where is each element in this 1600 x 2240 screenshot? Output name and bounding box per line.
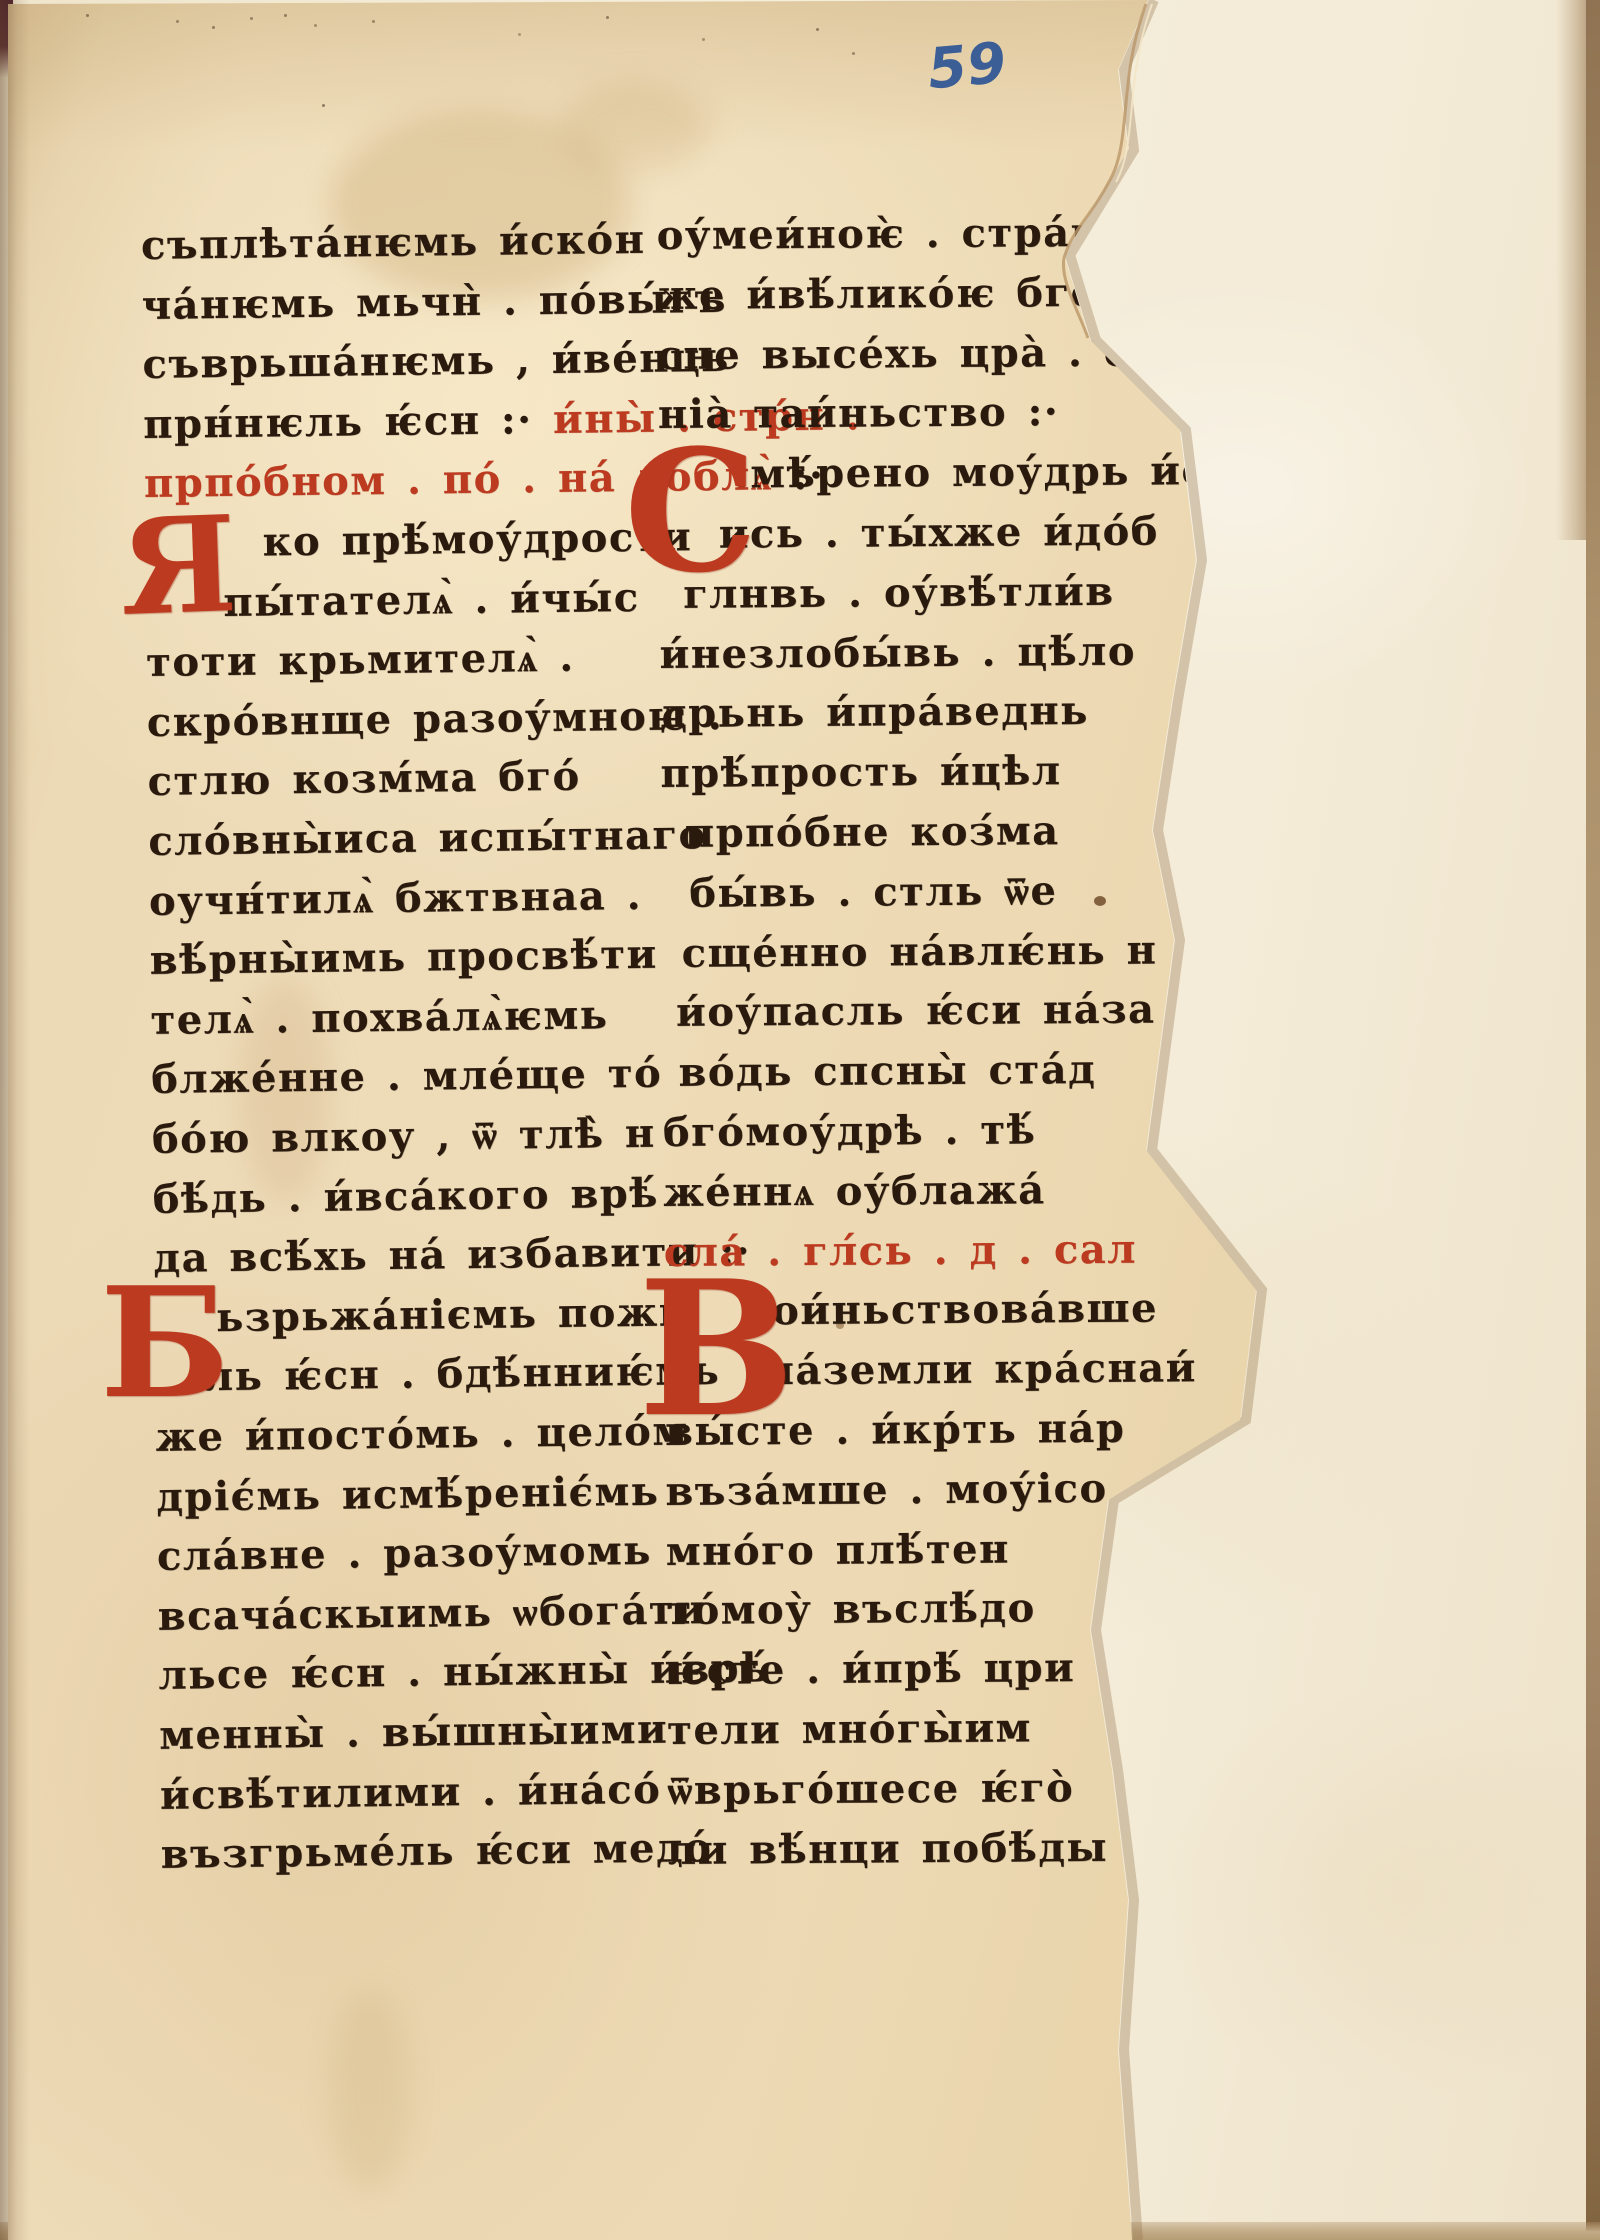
manuscript-text-line: дрьнь и́пра́веднь xyxy=(660,687,1089,737)
manuscript-text-line: сще́нно на́влѥ́нь н xyxy=(681,926,1157,976)
body-text: ои́ньствова́вше xyxy=(772,1285,1158,1335)
body-text: съврьша́нѥмь , и́ве́нць xyxy=(142,334,730,388)
manuscript-text-line: скро́внще разоу́мноѥ . xyxy=(147,692,724,746)
manuscript-text-line: сло́вны̀иса испы́тнаго xyxy=(148,811,707,865)
manuscript-text-line: оучн́тилѧ̀ бжтвнаа . xyxy=(149,872,643,925)
manuscript-text-line: во́дь спсны̀ ста́д xyxy=(678,1046,1096,1096)
manuscript-text-line: пы́тателѧ̀ . и́чы́с xyxy=(223,574,640,626)
manuscript-text-line: прѣ́прость и́цѣл xyxy=(660,747,1061,797)
body-text: же и́посто́мь . цело́м xyxy=(155,1407,689,1461)
body-text: же́ннѧ оу́блажа́ xyxy=(663,1166,1046,1216)
manuscript-text-line: стлю козм́ма бго́ xyxy=(147,753,581,805)
body-text: бго́моу́дрѣ . тѣ́ xyxy=(663,1106,1037,1156)
body-text: ьзрьжа́ніємь пожн́ xyxy=(216,1288,690,1341)
parchment-stain xyxy=(330,1990,410,2190)
body-text: вѣ́рны̀имь просвѣ́ти xyxy=(149,931,657,984)
parchment-stain xyxy=(560,80,710,170)
body-text: ли вѣ́нци побѣ́ды xyxy=(668,1823,1108,1873)
body-text: прѣ́прость и́цѣл xyxy=(660,747,1061,797)
body-text: блже́нне . мле́ще то́ xyxy=(151,1050,663,1103)
body-text: прн́нѥль ѥ́сн :· xyxy=(143,396,553,448)
body-text: сще́нно на́влѥ́нь н xyxy=(681,926,1157,976)
manuscript-text-line: ѿврьго́шесе ѥ́го̀ xyxy=(667,1764,1074,1814)
body-text: и́свѣ́тилими . и́на́со́ xyxy=(160,1765,662,1818)
red-initial-letter: С xyxy=(624,446,758,577)
body-text: менны̀ . вы́шны̀ими xyxy=(159,1706,669,1759)
body-text: мѣ́рено моу́дрь и́ср xyxy=(750,447,1237,497)
body-text: всача́скыимь ѡбога́ти xyxy=(157,1586,706,1640)
manuscript-text-line: и́оу́пасль ѥ́си на́за xyxy=(676,986,1156,1036)
manuscript-text-line: въза́мше . моу́ісо xyxy=(665,1465,1107,1515)
red-initial-letter: В xyxy=(638,1276,795,1421)
manuscript-text-line: бго́моу́дрѣ . тѣ́ xyxy=(663,1106,1037,1156)
manuscript-text-line: съврьша́нѥмь , и́ве́нць xyxy=(142,334,730,388)
body-text: ѥ́сте . и́прѣ́ цри xyxy=(666,1644,1075,1694)
manuscript-text-line: и́свѣ́тилими . и́на́со́ xyxy=(160,1765,662,1818)
manuscript-text-line: ѥ́сте . и́прѣ́ цри xyxy=(666,1644,1075,1694)
body-text: дрьнь и́пра́веднь xyxy=(660,687,1089,737)
body-text: сла́вне . разоу́момь xyxy=(157,1527,652,1580)
body-text: же и́вѣ́лико́ѥ бго́ xyxy=(657,269,1099,319)
manuscript-text-line: възгрьме́ль ѥ́си медо́ xyxy=(160,1824,712,1878)
manuscript-text-line: бо́ю влкоу , ѿ тлѣ̀ н xyxy=(152,1110,656,1163)
body-text: пы́тателѧ̀ . и́чы́с xyxy=(223,574,640,626)
ink-fleck xyxy=(1094,896,1106,906)
manuscript-text-line: мѣ́рено моу́дрь и́ср xyxy=(750,447,1237,497)
body-text: мно́го плѣ́тен xyxy=(666,1525,1010,1574)
manuscript-text-line: вѣ́рны̀имь просвѣ́ти xyxy=(149,931,657,984)
manuscript-text-line: мно́го плѣ́тен xyxy=(666,1525,1010,1574)
body-text: на́земли кра́снаи́ xyxy=(764,1344,1197,1394)
body-text: съплѣта́нѥмь и́ско́н xyxy=(141,216,646,269)
body-text: оучн́тилѧ̀ бжтвнаа . xyxy=(149,872,643,925)
body-text: ѿврьго́шесе ѥ́го̀ xyxy=(667,1764,1074,1814)
manuscript-text-line: бѣ́дь . и́вса́кого врѣ́ xyxy=(152,1169,659,1222)
body-text: скро́внще разоу́мноѥ . xyxy=(147,692,724,746)
gutter-shadow xyxy=(0,0,30,2240)
manuscript-text-line: менны̀ . вы́шны̀ими xyxy=(159,1706,669,1759)
body-text: възгрьме́ль ѥ́си медо́ xyxy=(160,1824,712,1878)
body-text: во́дь спсны̀ ста́д xyxy=(678,1046,1096,1096)
body-text: бы́вь . стль ѿе xyxy=(689,867,1057,917)
manuscript-text-line: ча́нѥмь мьчн̀ . по́вы́гъ xyxy=(141,274,727,328)
manuscript-text-line: блже́нне . мле́ще то́ xyxy=(151,1050,663,1103)
red-initial-letter: Я xyxy=(118,514,238,621)
body-text: ча́нѥмь мьчн̀ . по́вы́гъ xyxy=(141,274,727,328)
body-text: дріє́мь исмѣ́реніє́мь xyxy=(156,1467,660,1520)
body-text: прпо́бне коз́ма xyxy=(685,807,1060,857)
manuscript-text-line: же и́посто́мь . цело́м xyxy=(155,1407,689,1461)
manuscript-text-line: сла́вне . разоу́момь xyxy=(157,1527,652,1580)
manuscript-text-line: дріє́мь исмѣ́реніє́мь xyxy=(156,1467,660,1520)
manuscript-text-line: ои́ньствова́вше xyxy=(772,1285,1158,1335)
folio-number: 59 xyxy=(925,31,1008,103)
manuscript-text-line: то́моу̀ въслѣ́до xyxy=(666,1585,1036,1635)
manuscript-photo: съплѣта́нѥмь и́ско́нча́нѥмь мьчн̀ . по́в… xyxy=(0,0,1600,2240)
manuscript-text-line: ьзрьжа́ніємь пожн́ xyxy=(216,1288,690,1341)
manuscript-text-line: и́незлобы́вь . цѣ́ло xyxy=(659,627,1136,677)
book-edge xyxy=(1586,0,1600,2240)
manuscript-text-line: же́ннѧ оу́блажа́ xyxy=(663,1166,1046,1216)
manuscript-text-line: телѧ̀ . похва́лѧ̀ѥмь xyxy=(150,991,608,1044)
body-text: стлю козм́ма бго́ xyxy=(147,753,581,805)
manuscript-text-line: на́земли кра́снаи́ xyxy=(764,1344,1197,1394)
manuscript-text-line: тели мно́гы̀им xyxy=(667,1704,1032,1754)
red-initial-letter: Б xyxy=(100,1284,230,1403)
manuscript-text-line: съплѣта́нѥмь и́ско́н xyxy=(141,216,646,269)
body-text: то́моу̀ въслѣ́до xyxy=(666,1585,1036,1635)
body-text: телѧ̀ . похва́лѧ̀ѥмь xyxy=(150,991,608,1044)
manuscript-text-line: всача́скыимь ѡбога́ти xyxy=(157,1586,706,1640)
body-text: ись . ты́хже и́до́б xyxy=(719,507,1159,557)
body-text: бо́ю влкоу , ѿ тлѣ̀ н xyxy=(152,1110,656,1163)
manuscript-text-line: же и́вѣ́лико́ѥ бго́ xyxy=(657,269,1099,319)
body-text: и́незлобы́вь . цѣ́ло xyxy=(659,627,1136,677)
body-text: бѣ́дь . и́вса́кого врѣ́ xyxy=(152,1169,659,1222)
manuscript-text-line: прпо́бне коз́ма xyxy=(685,807,1060,857)
body-text: и́оу́пасль ѥ́си на́за xyxy=(676,986,1156,1036)
body-text: тели мно́гы̀им xyxy=(667,1704,1032,1754)
manuscript-text-line: бы́вь . стль ѿе xyxy=(689,867,1057,917)
manuscript-text-line: ли вѣ́нци побѣ́ды xyxy=(668,1823,1108,1873)
manuscript-text-line: ись . ты́хже и́до́б xyxy=(719,507,1159,557)
body-text: въза́мше . моу́ісо xyxy=(665,1465,1107,1515)
body-text: сло́вны̀иса испы́тнаго xyxy=(148,811,707,865)
